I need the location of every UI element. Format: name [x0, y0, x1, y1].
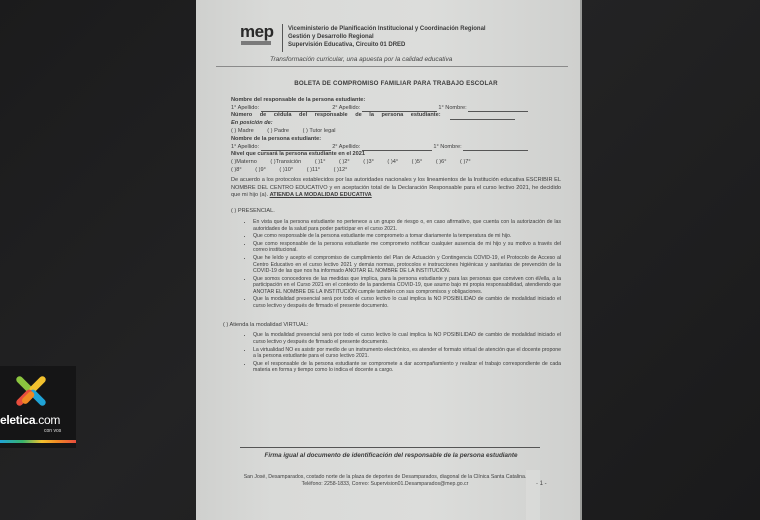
footer-contact: Teléfono: 2258-1833, Correo: Supervision… [200, 481, 570, 488]
presencial-list: En vista que la persona estudiante no pe… [231, 219, 561, 310]
nivel-option[interactable]: ( )7° [460, 159, 471, 165]
slogan: Transformación curricular, una apuesta p… [270, 56, 452, 63]
nivel-option[interactable]: ( )3° [363, 159, 374, 165]
option-madre[interactable]: ( ) Madre [231, 128, 254, 134]
list-item: Que la modalidad presencial será por tod… [253, 332, 561, 345]
nivel-option[interactable]: ( )11° [307, 167, 320, 173]
header-lines: Viceministerio de Planificación Instituc… [288, 25, 486, 49]
apellido2-label: 2° Apellido: [332, 105, 360, 111]
nivel-option[interactable]: ( )10° [279, 167, 293, 173]
est-apellido2-label: 2° Apellido: [332, 144, 360, 150]
list-item: Que la modalidad presencial será por tod… [253, 296, 561, 309]
page-number: - 1 - [536, 481, 547, 487]
list-item: La virtualidad NO es asistir por medio d… [253, 347, 561, 360]
header-divider [282, 24, 283, 52]
teletica-watermark: eletica.com con vos [0, 366, 76, 448]
presencial-option[interactable]: ( ) PRESENCIAL. [231, 208, 561, 216]
option-tutor[interactable]: ( ) Tutor legal [303, 128, 336, 134]
logo-subtitle-bar [241, 41, 271, 45]
list-item: Que como responsable de la persona estud… [253, 233, 561, 240]
est-nombre-field[interactable] [463, 144, 528, 151]
declaracion-paragraph: De acuerdo a los protocolos establecidos… [231, 177, 561, 200]
est-apellido1-field[interactable] [261, 144, 331, 151]
nivel-option[interactable]: ( )Transición [270, 159, 301, 165]
mep-logo: mep [240, 22, 273, 42]
apellido1-field[interactable] [261, 105, 331, 112]
posicion-label: En posición de: [231, 120, 561, 128]
nivel-heading: Nivel que cursará la persona estudiante … [231, 151, 561, 159]
nivel-row-1: ( )Materno ( )Transición ( )1° ( )2° ( )… [231, 159, 561, 167]
apellido2-field[interactable] [362, 105, 437, 112]
posicion-options: ( ) Madre ( ) Padre ( ) Tutor legal [231, 128, 561, 136]
virtual-list: Que la modalidad presencial será por tod… [223, 332, 561, 374]
estudiante-heading: Nombre de la persona estudiante: [231, 136, 561, 144]
teletica-tagline: con vos [44, 428, 61, 434]
brand-bold: eletica [0, 413, 35, 427]
brand-domain: .com [35, 413, 60, 427]
nivel-option[interactable]: ( )4° [387, 159, 398, 165]
apellido1-label: 1° Apellido: [231, 105, 259, 111]
nivel-option[interactable]: ( )9° [255, 167, 266, 173]
nivel-option[interactable]: ( )8° [231, 167, 242, 173]
list-item: Que he leído y acepto el compromiso de c… [253, 255, 561, 275]
list-item: Que somos conocedores de las medidas que… [253, 276, 561, 296]
signature-line[interactable] [240, 447, 540, 448]
list-item: Que como responsable de la persona estud… [253, 241, 561, 254]
cedula-label: Número de cédula del responsable de la p… [231, 112, 441, 118]
cedula-row: Número de cédula del responsable de la p… [231, 112, 561, 120]
estudiante-name-row: 1° Apellido: 2° Apellido: 1° Nombre: [231, 144, 561, 152]
cedula-field[interactable] [450, 113, 515, 120]
header-line: Viceministerio de Planificación Instituc… [288, 25, 486, 33]
nivel-option[interactable]: ( )12° [334, 167, 348, 173]
list-item: En vista que la persona estudiante no pe… [253, 219, 561, 232]
teletica-x-icon [12, 372, 50, 410]
nivel-option[interactable]: ( )2° [339, 159, 350, 165]
teletica-brand: eletica.com [0, 413, 60, 427]
document-footer: San José, Desamparados, costado norte de… [200, 474, 570, 488]
presencial-section: ( ) PRESENCIAL. En vista que la persona … [231, 208, 561, 310]
footer-address: San José, Desamparados, costado norte de… [200, 474, 570, 481]
nivel-option[interactable]: ( )6° [436, 159, 447, 165]
option-padre[interactable]: ( ) Padre [267, 128, 289, 134]
est-apellido1-label: 1° Apellido: [231, 144, 259, 150]
list-item: Que el responsable de la persona estudia… [253, 361, 561, 374]
header-line: Supervisión Educativa, Circuito 01 DRED [288, 41, 486, 49]
est-nombre-label: 1° Nombre: [433, 144, 461, 150]
nivel-row-2: ( )8° ( )9° ( )10° ( )11° ( )12° [231, 167, 561, 175]
nombre-field[interactable] [468, 105, 528, 112]
header-rule [216, 66, 568, 67]
nivel-option[interactable]: ( )Materno [231, 159, 257, 165]
declaracion-emphasis: ATIENDA LA MODALIDAD EDUCATIVA [270, 192, 372, 198]
responsable-heading: Nombre del responsable de la persona est… [231, 97, 561, 105]
document-title: BOLETA DE COMPROMISO FAMILIAR PARA TRABA… [231, 80, 561, 88]
document-page: mep Viceministerio de Planificación Inst… [196, 0, 582, 520]
header-line: Gestión y Desarrollo Regional [288, 33, 486, 41]
signature-label: Firma igual al documento de identificaci… [216, 452, 566, 459]
est-apellido2-field[interactable] [362, 144, 432, 151]
document-body: BOLETA DE COMPROMISO FAMILIAR PARA TRABA… [231, 80, 561, 375]
nombre-label: 1° Nombre: [438, 105, 466, 111]
responsable-name-row: 1° Apellido: 2° Apellido: 1° Nombre: [231, 105, 561, 113]
teletica-color-bar [0, 440, 76, 443]
virtual-section: ( ) Atienda la modalidad VIRTUAL: Que la… [223, 322, 561, 374]
nivel-option[interactable]: ( )1° [315, 159, 326, 165]
virtual-option[interactable]: ( ) Atienda la modalidad VIRTUAL: [223, 322, 561, 330]
nivel-option[interactable]: ( )5° [412, 159, 423, 165]
